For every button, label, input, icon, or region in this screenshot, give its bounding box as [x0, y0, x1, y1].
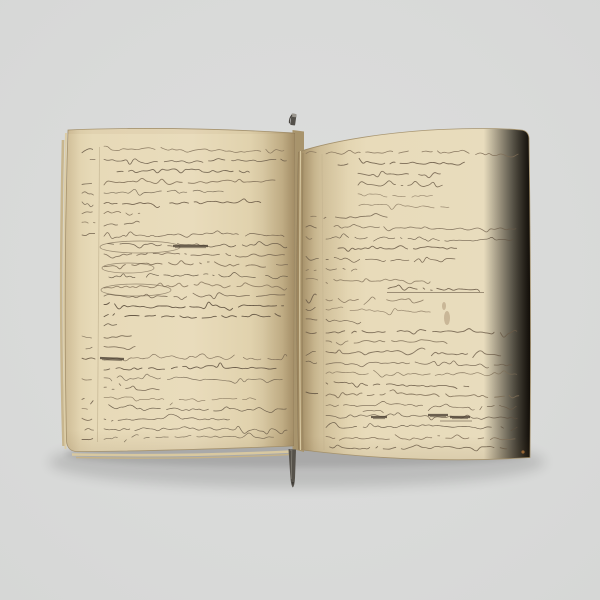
rust-spot: [521, 450, 524, 453]
clasp: [289, 113, 297, 125]
ink-smudge: [442, 302, 446, 310]
strikethrough-mark: [100, 358, 124, 359]
photo-canvas: [0, 0, 600, 600]
manuscript-photo: [0, 0, 600, 600]
ink-smudge: [444, 311, 450, 325]
